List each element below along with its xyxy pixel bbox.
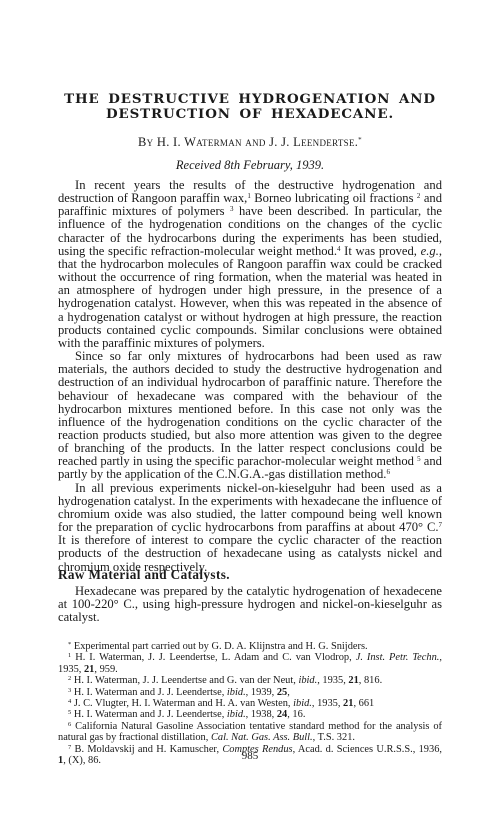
introduction: In recent years the results of the destr… <box>58 179 442 574</box>
footnote-text: , 959. <box>94 664 117 675</box>
footnote-5: 5 H. I. Waterman and J. J. Leendertse, i… <box>58 709 442 720</box>
ref-6: 6 <box>386 468 390 476</box>
footnote-journal: ibid. <box>227 709 246 720</box>
footnote-text: H. I. Waterman and J. J. Leendertse, <box>71 687 227 698</box>
footnote-6: 6 California Natural Gasoline Associatio… <box>58 721 442 744</box>
received-date: Received 8th February, 1939. <box>58 158 442 173</box>
footnote-text: , 1935, <box>312 698 343 709</box>
page-number: 985 <box>58 750 442 762</box>
footnote-text: H. I. Waterman, J. J. Leendertse, L. Ada… <box>71 652 355 663</box>
text-run: It was proved, <box>340 244 420 258</box>
footnote-text: , 816. <box>359 675 382 686</box>
section-body: Hexadecane was prepared by the catalytic… <box>58 585 442 624</box>
footnote-text: , 1938, <box>246 709 277 720</box>
footnote-3: 3 H. I. Waterman and J. J. Leendertse, i… <box>58 687 442 698</box>
footnote-text: H. I. Waterman and J. J. Leendertse, <box>71 709 227 720</box>
paragraph-1: In recent years the results of the destr… <box>58 179 442 350</box>
paragraph-2: Since so far only mixtures of hydrocarbo… <box>58 350 442 482</box>
author-2: J. J. Leendertse. <box>269 135 358 149</box>
footnote-journal: ibid. <box>227 687 246 698</box>
author-footnote-mark: * <box>358 136 362 144</box>
footnote-text: Experimental part carried out by G. D. A… <box>71 641 367 652</box>
footnote-text: J. C. Vlugter, H. I. Waterman and H. A. … <box>71 698 293 709</box>
footnote-text: H. I. Waterman, J. J. Leendertse and G. … <box>71 675 298 686</box>
text-run: , that the hydrocarbon molecules of Rang… <box>58 244 442 350</box>
footnote-star: * Experimental part carried out by G. D.… <box>58 641 442 652</box>
footnote-journal: Cal. Nat. Gas. Ass. Bull. <box>211 732 313 743</box>
byline-and: and <box>245 135 265 149</box>
footnote-2: 2 H. I. Waterman, J. J. Leendertse and G… <box>58 675 442 686</box>
section-heading: Raw Material and Catalysts. <box>58 567 230 583</box>
section-paragraph-1: Hexadecane was prepared by the catalytic… <box>58 585 442 624</box>
footnote-volume: 21 <box>348 675 358 686</box>
footnote-4: 4 J. C. Vlugter, H. I. Waterman and H. A… <box>58 698 442 709</box>
footnote-text: , <box>287 687 290 698</box>
footnote-volume: 24 <box>277 709 287 720</box>
article-title: THE DESTRUCTIVE HYDROGENATION AND DESTRU… <box>58 92 442 122</box>
footnote-volume: 25 <box>277 687 287 698</box>
footnote-text: , 1935, <box>317 675 348 686</box>
footnote-text: , 661 <box>353 698 374 709</box>
footnote-journal: ibid. <box>293 698 312 709</box>
footnote-journal: ibid. <box>298 675 317 686</box>
ref-7: 7 <box>439 521 443 529</box>
footnote-volume: 21 <box>84 664 94 675</box>
footnote-volume: 21 <box>343 698 353 709</box>
author-1: H. I. Waterman <box>157 135 242 149</box>
footnote-journal: J. Inst. Petr. Techn. <box>356 652 440 663</box>
footnote-text: , 16. <box>287 709 305 720</box>
footnote-1: 1 H. I. Waterman, J. J. Leendertse, L. A… <box>58 652 442 675</box>
title-line-2: DESTRUCTION OF HEXADECANE. <box>58 107 442 122</box>
paragraph-3: In all previous experiments nickel-on-ki… <box>58 482 442 574</box>
text-run: Borneo lubricating oil fractions <box>251 191 417 205</box>
footnote-text: , T.S. 321. <box>313 732 355 743</box>
text-run: Since so far only mixtures of hydrocarbo… <box>58 349 442 468</box>
text-run-italic: e.g. <box>421 244 439 258</box>
title-line-1: THE DESTRUCTIVE HYDROGENATION AND <box>58 92 442 107</box>
byline: By H. I. Waterman and J. J. Leendertse.* <box>58 135 442 150</box>
byline-by: By <box>138 135 153 149</box>
text-run: In all previous experiments nickel-on-ki… <box>58 481 442 534</box>
footnote-text: , 1939, <box>246 687 277 698</box>
footnotes: * Experimental part carried out by G. D.… <box>58 641 442 766</box>
